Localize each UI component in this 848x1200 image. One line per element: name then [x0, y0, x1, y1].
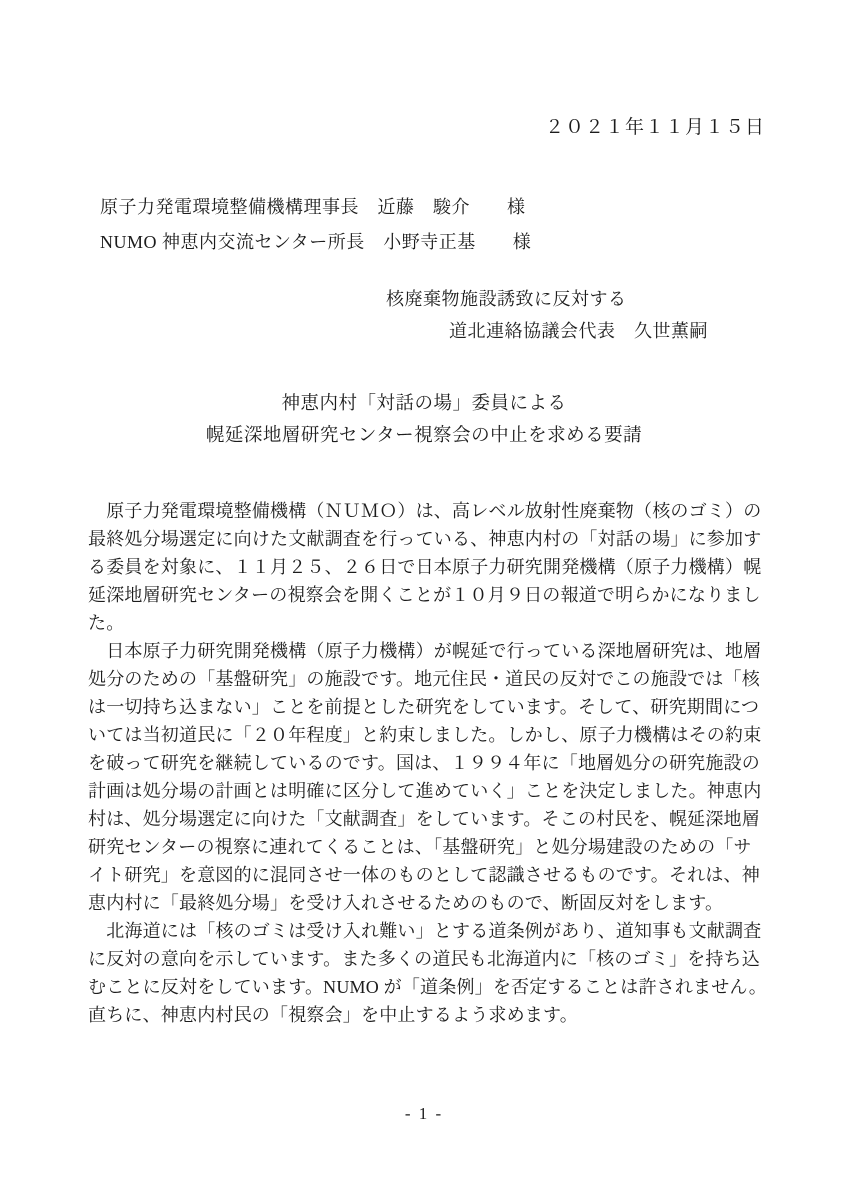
- title-line: 幌延深地層研究センター視察会の中止を求める要請: [0, 420, 848, 452]
- title-line: 神恵内村「対話の場」委員による: [0, 388, 848, 420]
- body-paragraph-3-line: 直ちに、神恵内村民の「視察会」を中止するよう求めます。: [88, 1001, 764, 1029]
- document-body: 原子力発電環境整備機構（ＮＵＭＯ）は、高レベル放射性廃棄物（核のゴミ）の最終処分…: [88, 497, 764, 1029]
- recipient-line: 原子力発電環境整備機構理事長 近藤 駿介 様: [100, 190, 531, 225]
- body-paragraph-1-line: 最終処分場選定に向けた文献調査を行っている、神恵内村の「対話の場」に参加す: [88, 525, 764, 553]
- sender-representative: 道北連絡協議会代表 久世薫嗣: [449, 315, 708, 347]
- body-paragraph-2-line: 研究センターの視察に連れてくることは、「基盤研究」と処分場建設のための「サ: [88, 833, 764, 861]
- body-paragraph-2-line: 処分のための「基盤研究」の施設です。地元住民・道民の反対でこの施設では「核: [88, 665, 764, 693]
- body-paragraph-2-line: 計画は処分場の計画とは明確に区分して進めていく」ことを決定しました。神恵内: [88, 777, 764, 805]
- body-paragraph-2-line: は一切持ち込まない」ことを前提とした研究をしています。そして、研究期間につ: [88, 693, 764, 721]
- body-paragraph-2-line: 恵内村に「最終処分場」を受け入れさせるためのもので、断固反対をします。: [88, 889, 764, 917]
- recipient-line: NUMO 神恵内交流センター所長 小野寺正基 様: [100, 225, 531, 260]
- body-paragraph-3-line: むことに反対をしています。NUMO が「道条例」を否定することは許されません。: [88, 973, 764, 1001]
- page-number: - 1 -: [0, 1104, 848, 1124]
- body-paragraph-2-line: を破って研究を継続しているのです。国は、１９９４年に「地層処分の研究施設の: [88, 749, 764, 777]
- body-paragraph-1-line: る委員を対象に、１１月２５、２６日で日本原子力研究開発機構（原子力機構）幌: [88, 553, 764, 581]
- body-paragraph-1-line: 原子力発電環境整備機構（ＮＵＭＯ）は、高レベル放射性廃棄物（核のゴミ）の: [88, 497, 764, 525]
- date-line: ２０２１年１１月１５日: [545, 114, 765, 142]
- body-paragraph-1-line: 延深地層研究センターの視察会を開くことが１０月９日の報道で明らかになりまし: [88, 581, 764, 609]
- body-paragraph-1-line: た。: [88, 609, 764, 637]
- body-paragraph-2-line: いては当初道民に「２０年程度」と約束しました。しかし、原子力機構はその約束: [88, 721, 764, 749]
- body-paragraph-3-line: 北海道には「核のゴミは受け入れ難い」とする道条例があり、道知事も文献調査: [88, 917, 764, 945]
- recipients-block: 原子力発電環境整備機構理事長 近藤 駿介 様NUMO 神恵内交流センター所長 小…: [100, 190, 531, 260]
- body-paragraph-2-line: イト研究」を意図的に混同させ一体のものとして認識させるものです。それは、神: [88, 861, 764, 889]
- sender-organization: 核廃棄物施設誘致に反対する: [386, 283, 708, 315]
- body-paragraph-2-line: 日本原子力研究開発機構（原子力機構）が幌延で行っている深地層研究は、地層: [88, 637, 764, 665]
- body-paragraph-2-line: 村は、処分場選定に向けた「文献調査」をしています。そこの村民を、幌延深地層: [88, 805, 764, 833]
- document-title: 神恵内村「対話の場」委員による幌延深地層研究センター視察会の中止を求める要請: [0, 388, 848, 452]
- body-paragraph-3-line: に反対の意向を示しています。また多くの道民も北海道内に「核のゴミ」を持ち込: [88, 945, 764, 973]
- document-page: ２０２１年１１月１５日 原子力発電環境整備機構理事長 近藤 駿介 様NUMO 神…: [0, 0, 848, 1200]
- sender-block: 核廃棄物施設誘致に反対する 道北連絡協議会代表 久世薫嗣: [386, 283, 708, 347]
